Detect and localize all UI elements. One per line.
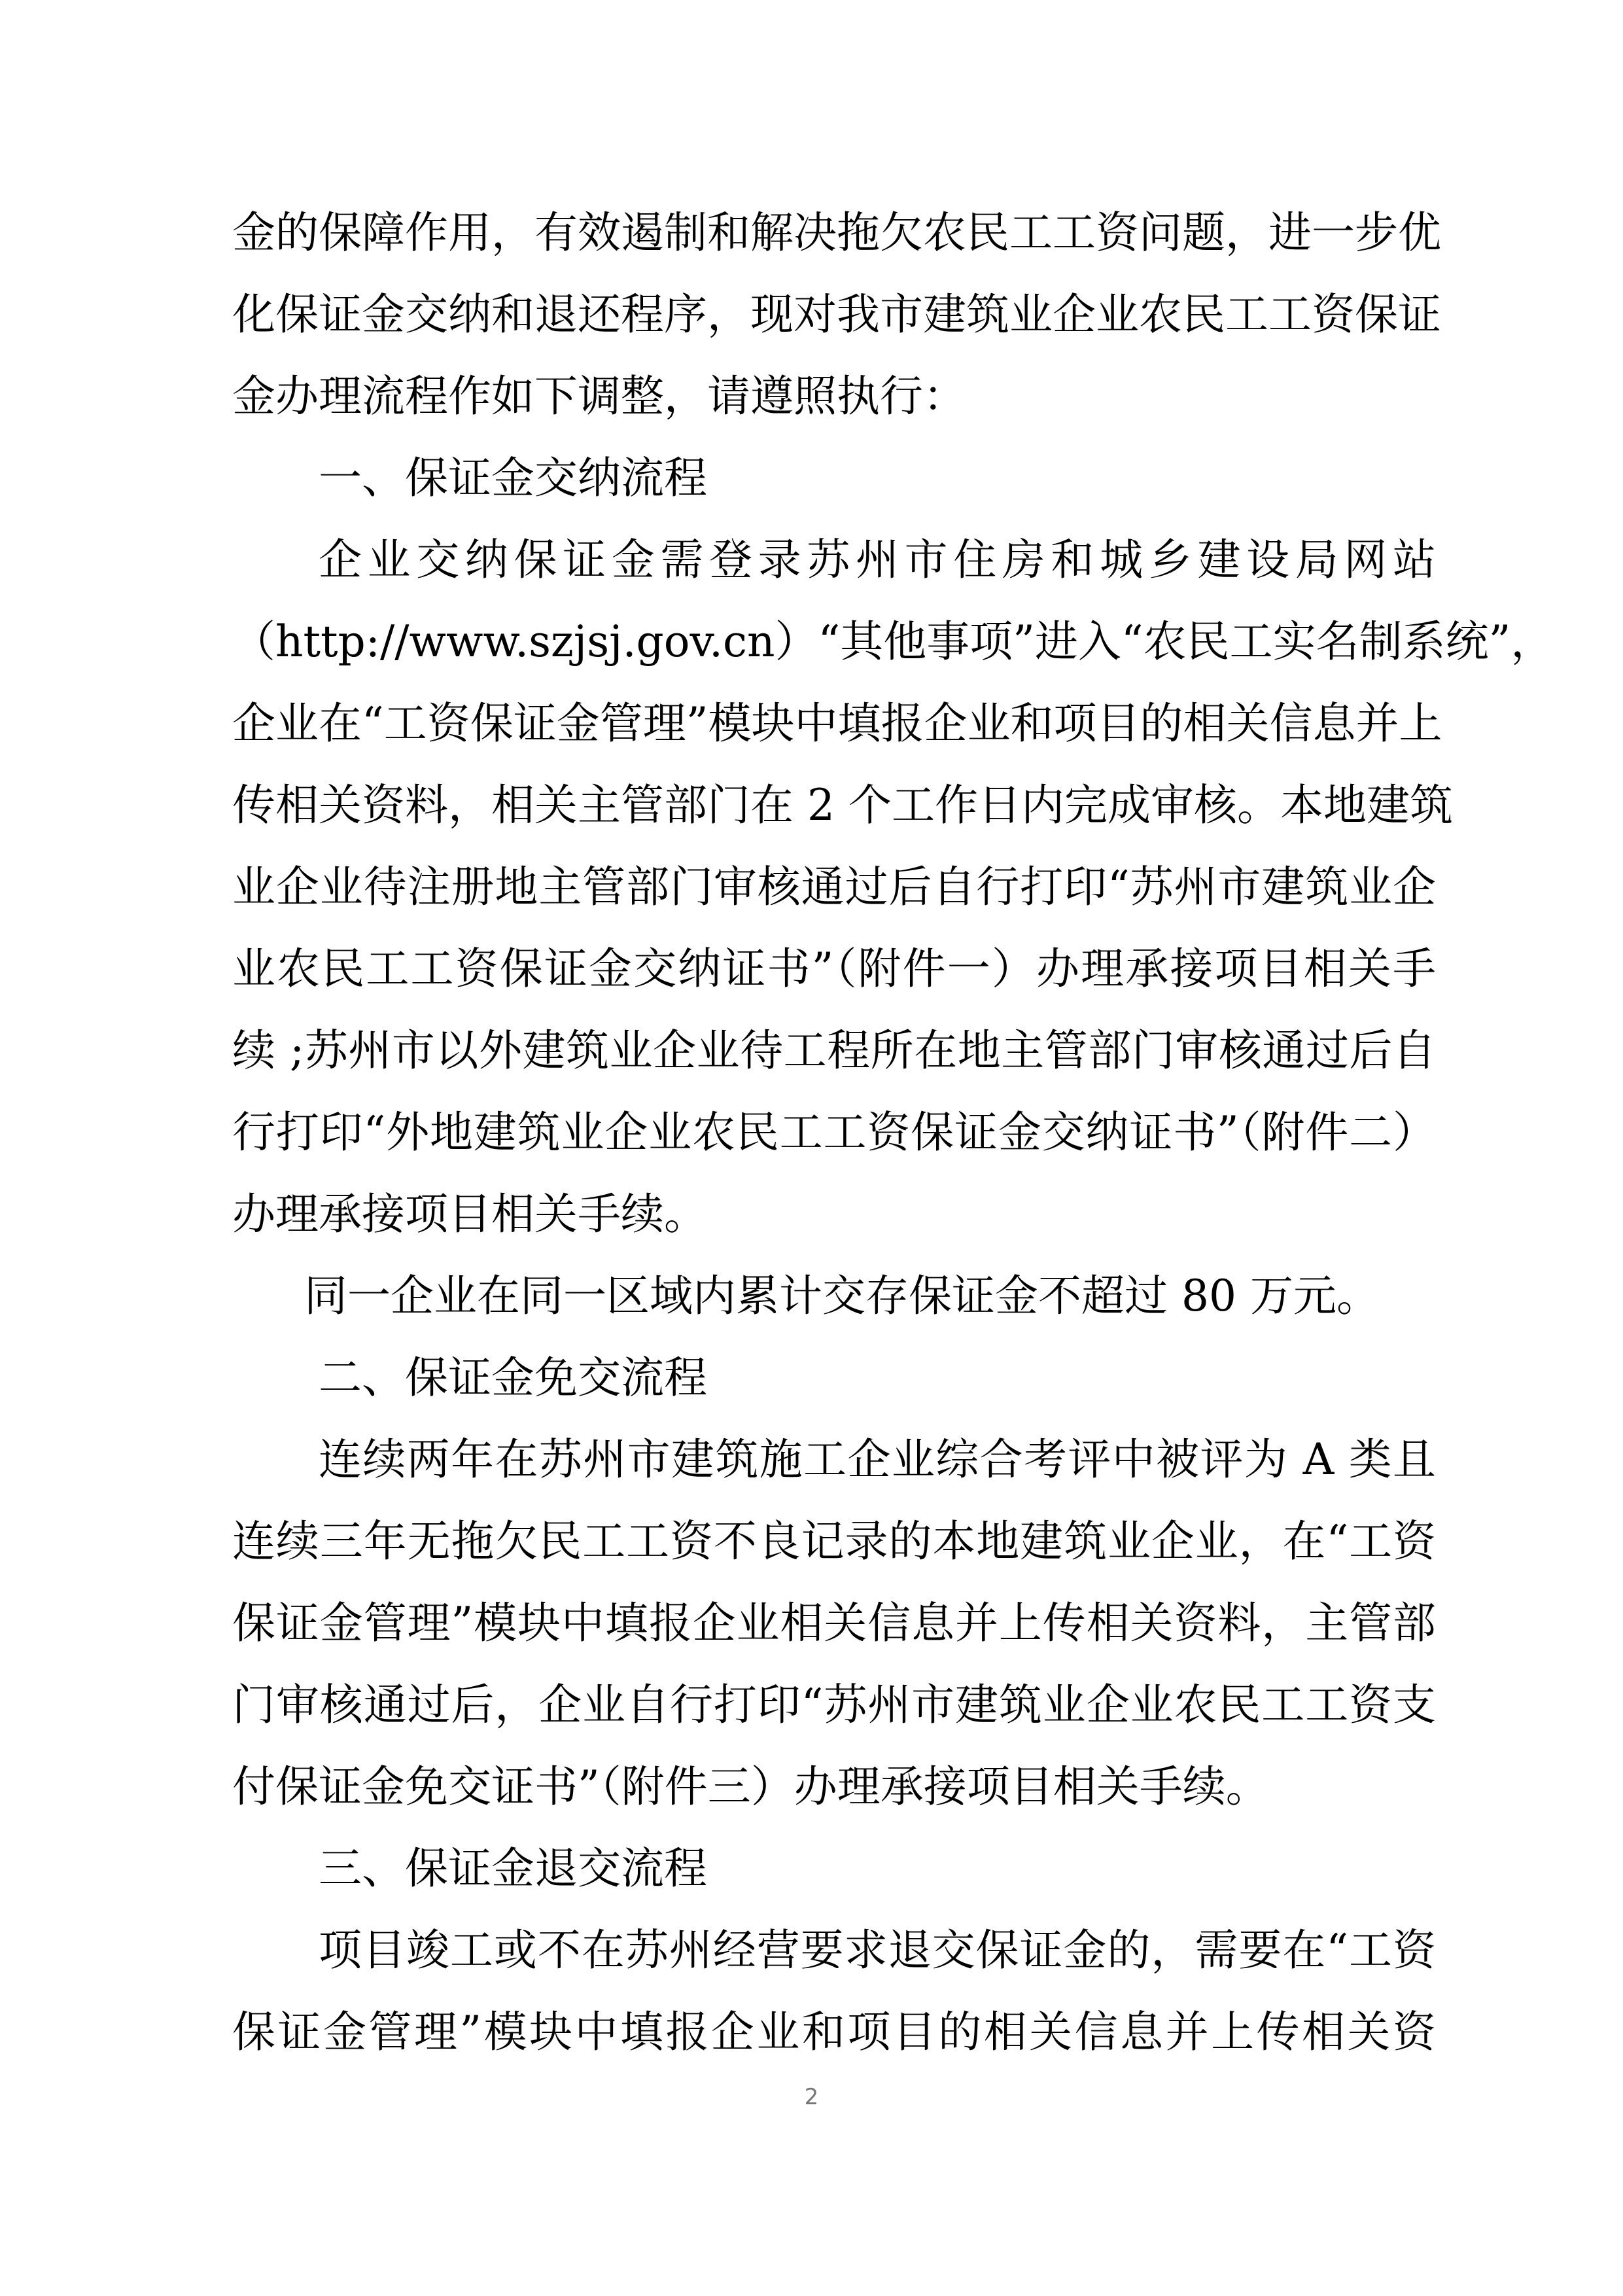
- paragraph-payment-line-9: 办理承接项目相关手续。: [232, 1188, 1436, 1241]
- paragraph-refund-line-2: 保证金管理”模块中填报企业和项目的相关信息并上传相关资: [232, 2006, 1436, 2058]
- paragraph-exemption-line-4: 门审核通过后，企业自行打印“苏州市建筑业企业农民工工资支: [232, 1679, 1436, 1731]
- paragraph-payment-line-3: 企业在“工资保证金管理”模块中填报企业和项目的相关信息并上: [232, 698, 1436, 750]
- paragraph-payment-line-4: 传相关资料，相关主管部门在 2 个工作日内完成审核。本地建筑: [232, 779, 1436, 832]
- section-heading-deposit-payment: 一、保证金交纳流程: [319, 452, 1436, 504]
- paragraph-payment-line-2: （http://www.szjsj.gov.cn）“其他事项”进入“农民工实名制…: [232, 616, 1436, 668]
- paragraph-refund-line-1: 项目竣工或不在苏州经营要求退交保证金的，需要在“工资: [319, 1924, 1436, 1977]
- paragraph-payment-line-1: 企业交纳保证金需登录苏州市住房和城乡建设局网站: [319, 534, 1436, 586]
- paragraph-payment-line-8: 行打印“外地建筑业企业农民工工资保证金交纳证书”（附件二）: [232, 1106, 1436, 1159]
- page-number: 2: [0, 2083, 1623, 2111]
- paragraph-payment-line-7: 续 ;苏州市以外建筑业企业待工程所在地主管部门审核通过后自: [232, 1025, 1436, 1077]
- paragraph-exemption-line-5: 付保证金免交证书”（附件三）办理承接项目相关手续。: [232, 1761, 1436, 1813]
- paragraph-intro-line-2: 化保证金交纳和退还程序，现对我市建筑业企业农民工工资保证: [232, 289, 1436, 341]
- document-page: 金的保障作用，有效遏制和解决拖欠农民工工资问题，进一步优 化保证金交纳和退还程序…: [0, 0, 1623, 2296]
- paragraph-exemption-line-2: 连续三年无拖欠民工工资不良记录的本地建筑业企业，在“工资: [232, 1515, 1436, 1568]
- paragraph-exemption-line-1: 连续两年在苏州市建筑施工企业综合考评中被评为 A 类且: [319, 1434, 1436, 1486]
- paragraph-exemption-line-3: 保证金管理”模块中填报企业相关信息并上传相关资料，主管部: [232, 1597, 1436, 1650]
- section-heading-deposit-exemption: 二、保证金免交流程: [319, 1352, 1436, 1404]
- paragraph-deposit-limit: 同一企业在同一区域内累计交存保证金不超过 80 万元。: [304, 1270, 1436, 1322]
- section-heading-deposit-refund: 三、保证金退交流程: [319, 1843, 1436, 1895]
- paragraph-payment-line-5: 业企业待注册地主管部门审核通过后自行打印“苏州市建筑业企: [232, 861, 1436, 913]
- paragraph-intro-line-1: 金的保障作用，有效遏制和解决拖欠农民工工资问题，进一步优: [232, 207, 1436, 259]
- paragraph-intro-line-3: 金办理流程作如下调整，请遵照执行：: [232, 370, 1436, 423]
- paragraph-payment-line-6: 业农民工工资保证金交纳证书”（附件一）办理承接项目相关手: [232, 943, 1436, 995]
